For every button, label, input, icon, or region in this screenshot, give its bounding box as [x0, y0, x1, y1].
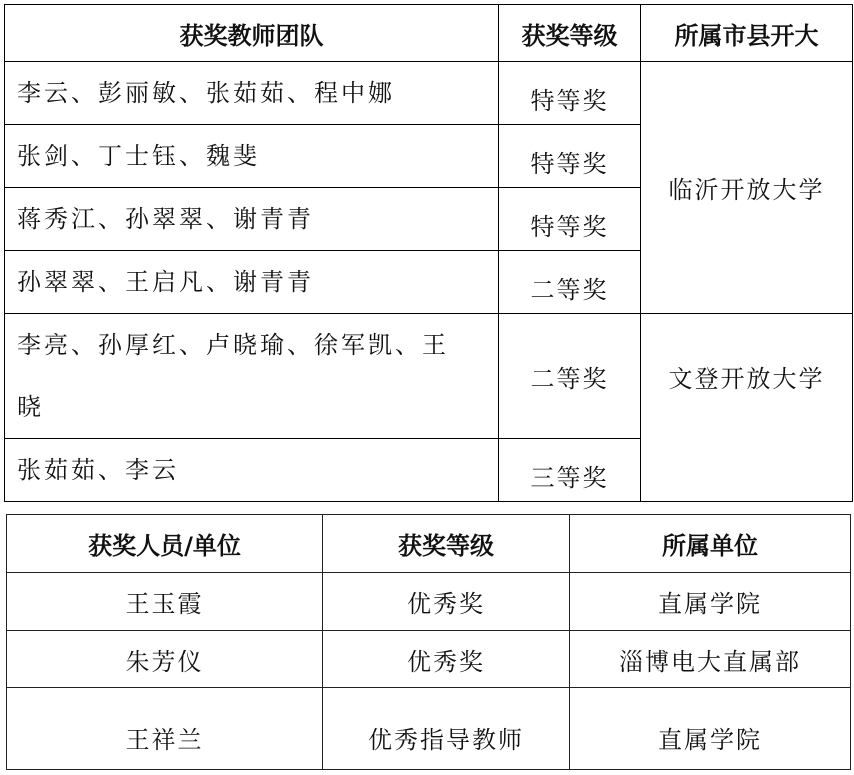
unit-cell: 直属学院 — [570, 688, 851, 770]
team-cell: 蒋秀江、孙翠翠、谢青青 — [5, 188, 499, 251]
table-row: 王祥兰 优秀指导教师 直属学院 — [7, 688, 851, 770]
table-row: 李亮、孙厚红、卢晓瑜、徐军凯、王晓 二等奖 文登开放大学 — [5, 314, 853, 439]
unit-cell: 直属学院 — [570, 573, 851, 631]
level-cell: 优秀奖 — [323, 631, 570, 688]
city-cell: 临沂开放大学 — [641, 62, 853, 314]
header-person: 获奖人员/单位 — [7, 515, 323, 573]
table-row: 李云、彭丽敏、张茹茹、程中娜 特等奖 临沂开放大学 — [5, 62, 853, 125]
person-cell: 朱芳仪 — [7, 631, 323, 688]
unit-cell: 淄博电大直属部 — [570, 631, 851, 688]
level-cell: 优秀指导教师 — [323, 688, 570, 770]
team-cell: 孙翠翠、王启凡、谢青青 — [5, 251, 499, 314]
city-cell: 文登开放大学 — [641, 314, 853, 502]
table-row: 朱芳仪 优秀奖 淄博电大直属部 — [7, 631, 851, 688]
level-cell: 优秀奖 — [323, 573, 570, 631]
teacher-team-awards-table: 获奖教师团队 获奖等级 所属市县开大 李云、彭丽敏、张茹茹、程中娜 特等奖 临沂… — [4, 4, 853, 502]
header-team: 获奖教师团队 — [5, 5, 499, 62]
level-cell: 三等奖 — [499, 439, 641, 502]
team-cell: 张茹茹、李云 — [5, 439, 499, 502]
team-cell: 李云、彭丽敏、张茹茹、程中娜 — [5, 62, 499, 125]
team-cell: 张剑、丁士钰、魏斐 — [5, 125, 499, 188]
individual-awards-table: 获奖人员/单位 获奖等级 所属单位 王玉霞 优秀奖 直属学院 朱芳仪 优秀奖 淄… — [6, 514, 851, 770]
table-header-row: 获奖人员/单位 获奖等级 所属单位 — [7, 515, 851, 573]
level-cell: 特等奖 — [499, 125, 641, 188]
table-row: 王玉霞 优秀奖 直属学院 — [7, 573, 851, 631]
header-level: 获奖等级 — [323, 515, 570, 573]
table-header-row: 获奖教师团队 获奖等级 所属市县开大 — [5, 5, 853, 62]
header-city: 所属市县开大 — [641, 5, 853, 62]
person-cell: 王玉霞 — [7, 573, 323, 631]
header-unit: 所属单位 — [570, 515, 851, 573]
header-level: 获奖等级 — [499, 5, 641, 62]
level-cell: 特等奖 — [499, 188, 641, 251]
level-cell: 二等奖 — [499, 314, 641, 439]
person-cell: 王祥兰 — [7, 688, 323, 770]
team-cell: 李亮、孙厚红、卢晓瑜、徐军凯、王晓 — [5, 314, 499, 439]
level-cell: 特等奖 — [499, 62, 641, 125]
level-cell: 二等奖 — [499, 251, 641, 314]
